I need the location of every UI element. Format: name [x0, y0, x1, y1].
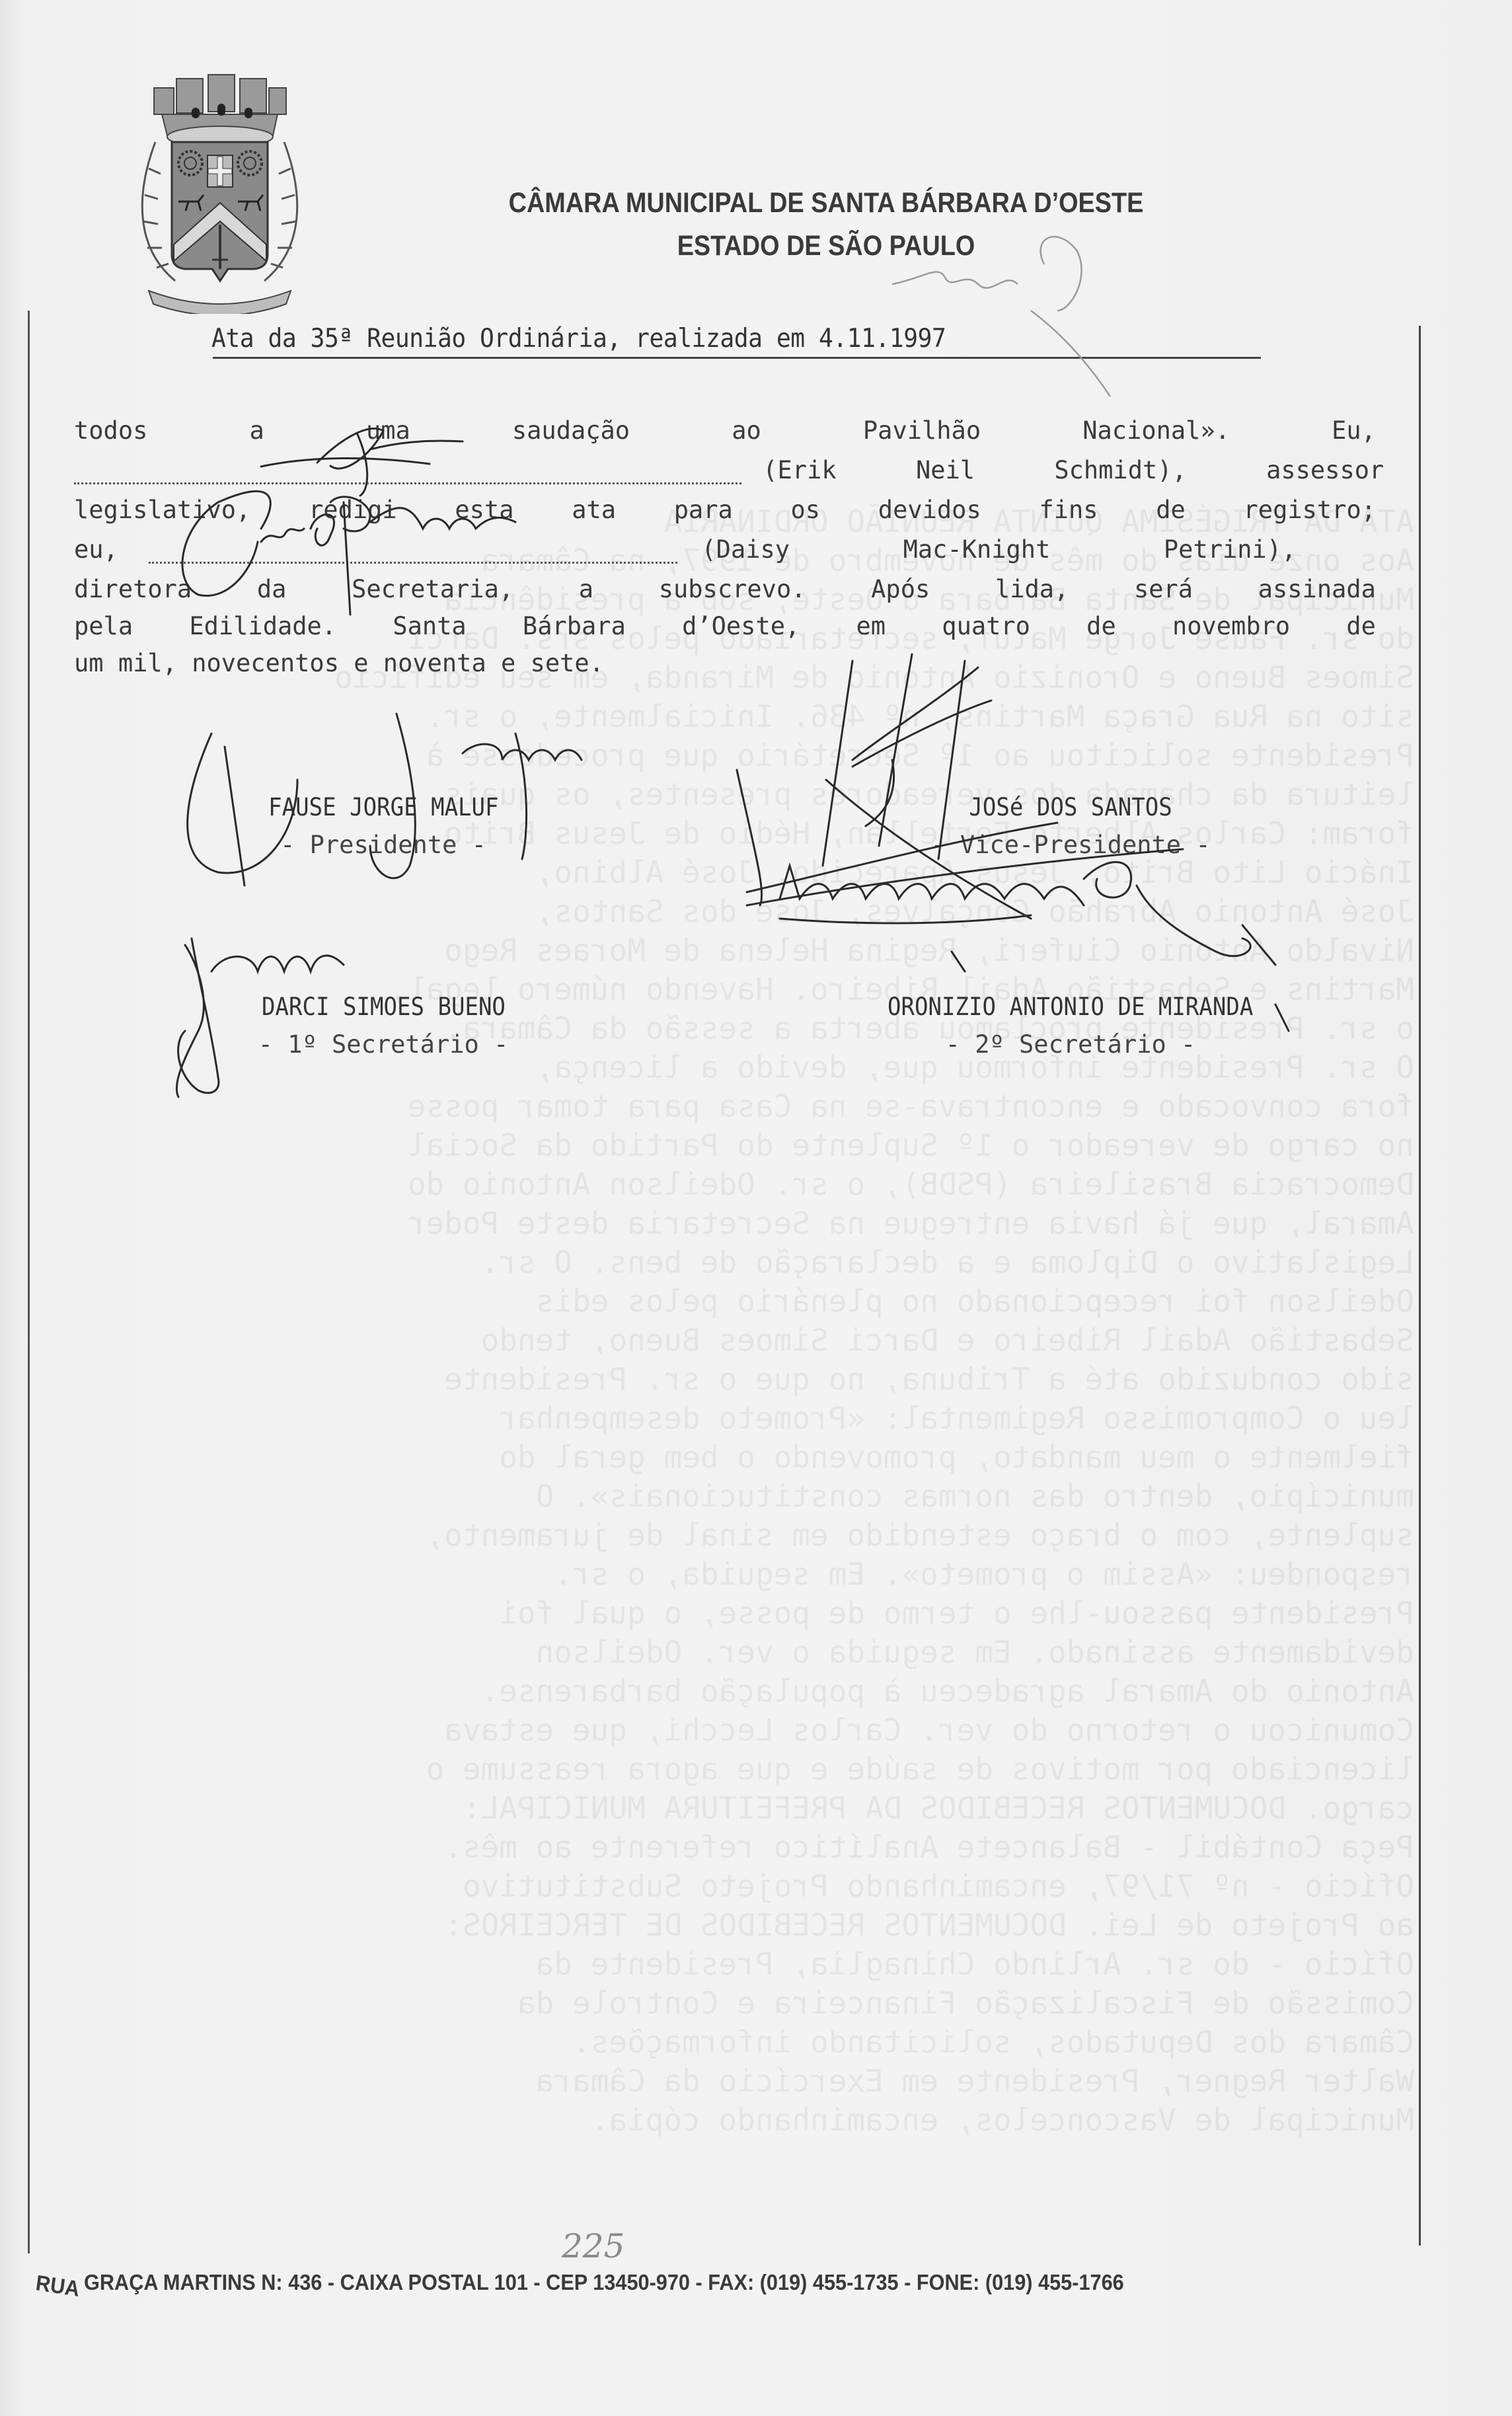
body-word: redigi: [309, 496, 397, 530]
body-word: legislativo,: [74, 496, 250, 530]
body-word: assinada: [1258, 575, 1376, 609]
body-word: Eu,: [1332, 416, 1376, 451]
title-underline: [213, 357, 1261, 359]
body-word: assessor: [1266, 456, 1384, 484]
footer-contact: RUA GRAÇA MARTINS N: 436 - CAIXA POSTAL …: [34, 2270, 1325, 2295]
body-word: a: [250, 416, 264, 451]
body-word: lida,: [995, 575, 1069, 609]
body-word: em: [856, 612, 886, 646]
body-word: quatro: [942, 612, 1030, 646]
frame-border-right: [1419, 326, 1421, 2246]
signatory-vice-president: JOSé DOS SANTOS - Vice-Presidente -: [773, 793, 1368, 859]
body-word: Schmidt),: [1054, 456, 1186, 484]
body-word: Mac-Knight: [903, 535, 1051, 564]
body-word: ata: [572, 496, 616, 530]
footer-address-prefix: RUA: [34, 2270, 81, 2302]
handwritten-folio-number: 225: [562, 2227, 624, 2265]
document-title: Ata da 35ª Reunião Ordinária, realizada …: [211, 324, 1195, 354]
org-state: ESTADO DE SÃO PAULO: [448, 230, 1204, 262]
body-word: para: [674, 496, 733, 530]
body-word: devidos: [878, 496, 981, 530]
body-word: ao: [732, 416, 761, 451]
body-word: d’Oeste,: [682, 612, 800, 646]
signatory-name: FAUSE JORGE MALUF: [268, 793, 498, 821]
body-word: de: [1156, 496, 1186, 530]
body-line-6: pelaEdilidade.SantaBárbarad’Oeste,emquat…: [74, 612, 1376, 646]
signatory-role: - Vice-Presidente -: [773, 831, 1368, 859]
body-word: de: [1346, 612, 1376, 646]
body-word: todos: [74, 416, 147, 451]
signatory-name: JOSé DOS SANTOS: [969, 793, 1172, 821]
body-word: Neil: [916, 456, 975, 484]
signatory-role: - Presidente -: [86, 831, 681, 859]
frame-border-left: [28, 311, 30, 2253]
body-word: da: [257, 575, 287, 609]
signatory-name: ORONIZIO ANTONIO DE MIRANDA: [888, 993, 1253, 1021]
body-word: diretora: [74, 575, 192, 609]
body-word: um mil, novecentos e noventa e sete.: [74, 649, 604, 677]
signatory-first-secretary: DARCI SIMOES BUENO - 1º Secretário -: [86, 993, 681, 1059]
body-line-1: todosaumasaudaçãoaoPavilhãoNacional».Eu,: [74, 416, 1376, 451]
body-word: Edilidade.: [189, 612, 336, 646]
body-word: será: [1134, 575, 1193, 609]
body-word: uma: [366, 416, 410, 451]
body-word: (Erik: [763, 456, 836, 484]
reverse-side-show-through: ATA DA TRIGÉSIMA QUINTA REUNIÃO ORDINÁRI…: [106, 502, 1414, 2194]
document-page: ATA DA TRIGÉSIMA QUINTA REUNIÃO ORDINÁRI…: [0, 0, 1512, 2416]
body-word: Bárbara: [523, 612, 626, 646]
coat-of-arms-icon: [135, 63, 304, 314]
body-word: Secretaria,: [352, 575, 513, 609]
signatory-name: DARCI SIMOES BUENO: [262, 993, 506, 1021]
body-word: Nacional».: [1082, 416, 1230, 451]
body-line-2: (ErikNeilSchmidt),assessor: [74, 456, 1376, 490]
body-word: fins: [1039, 496, 1098, 530]
body-word: subscrevo.: [659, 575, 806, 609]
body-word: Petrini),: [1164, 535, 1296, 564]
body-word: os: [791, 496, 821, 530]
body-word: esta: [455, 496, 513, 530]
body-word: de: [1086, 612, 1116, 646]
body-word: (Daisy: [701, 535, 790, 564]
org-name: CÂMARA MUNICIPAL DE SANTA BÁRBARA D’OEST…: [448, 187, 1204, 219]
body-word: registro;: [1244, 496, 1376, 530]
body-word: a: [579, 575, 593, 609]
signature-line-director: [149, 542, 677, 564]
body-word: Santa: [393, 612, 466, 646]
signatory-second-secretary: ORONIZIO ANTONIO DE MIRANDA - 2º Secretá…: [773, 993, 1368, 1059]
body-word: eu,: [74, 535, 118, 564]
signatory-president: FAUSE JORGE MALUF - Presidente -: [86, 793, 681, 859]
signatory-role: - 2º Secretário -: [773, 1030, 1368, 1059]
body-word: Após: [871, 575, 930, 609]
body-line-5: diretoradaSecretaria,asubscrevo.Apóslida…: [74, 575, 1376, 609]
body-line-7: um mil, novecentos e noventa e sete.: [74, 649, 1376, 683]
body-word: saudação: [512, 416, 630, 451]
body-word: novembro: [1172, 612, 1290, 646]
signature-line-assessor: [74, 463, 741, 484]
body-line-4: eu, (DaisyMac-KnightPetrini),: [74, 535, 1376, 570]
body-word: Pavilhão: [863, 416, 981, 451]
signatory-role: - 1º Secretário -: [86, 1030, 681, 1059]
body-word: pela: [74, 612, 133, 646]
body-line-3: legislativo,redigiestaataparaosdevidosfi…: [74, 496, 1376, 530]
footer-address: GRAÇA MARTINS N: 436 - CAIXA POSTAL 101 …: [78, 2270, 1123, 2294]
